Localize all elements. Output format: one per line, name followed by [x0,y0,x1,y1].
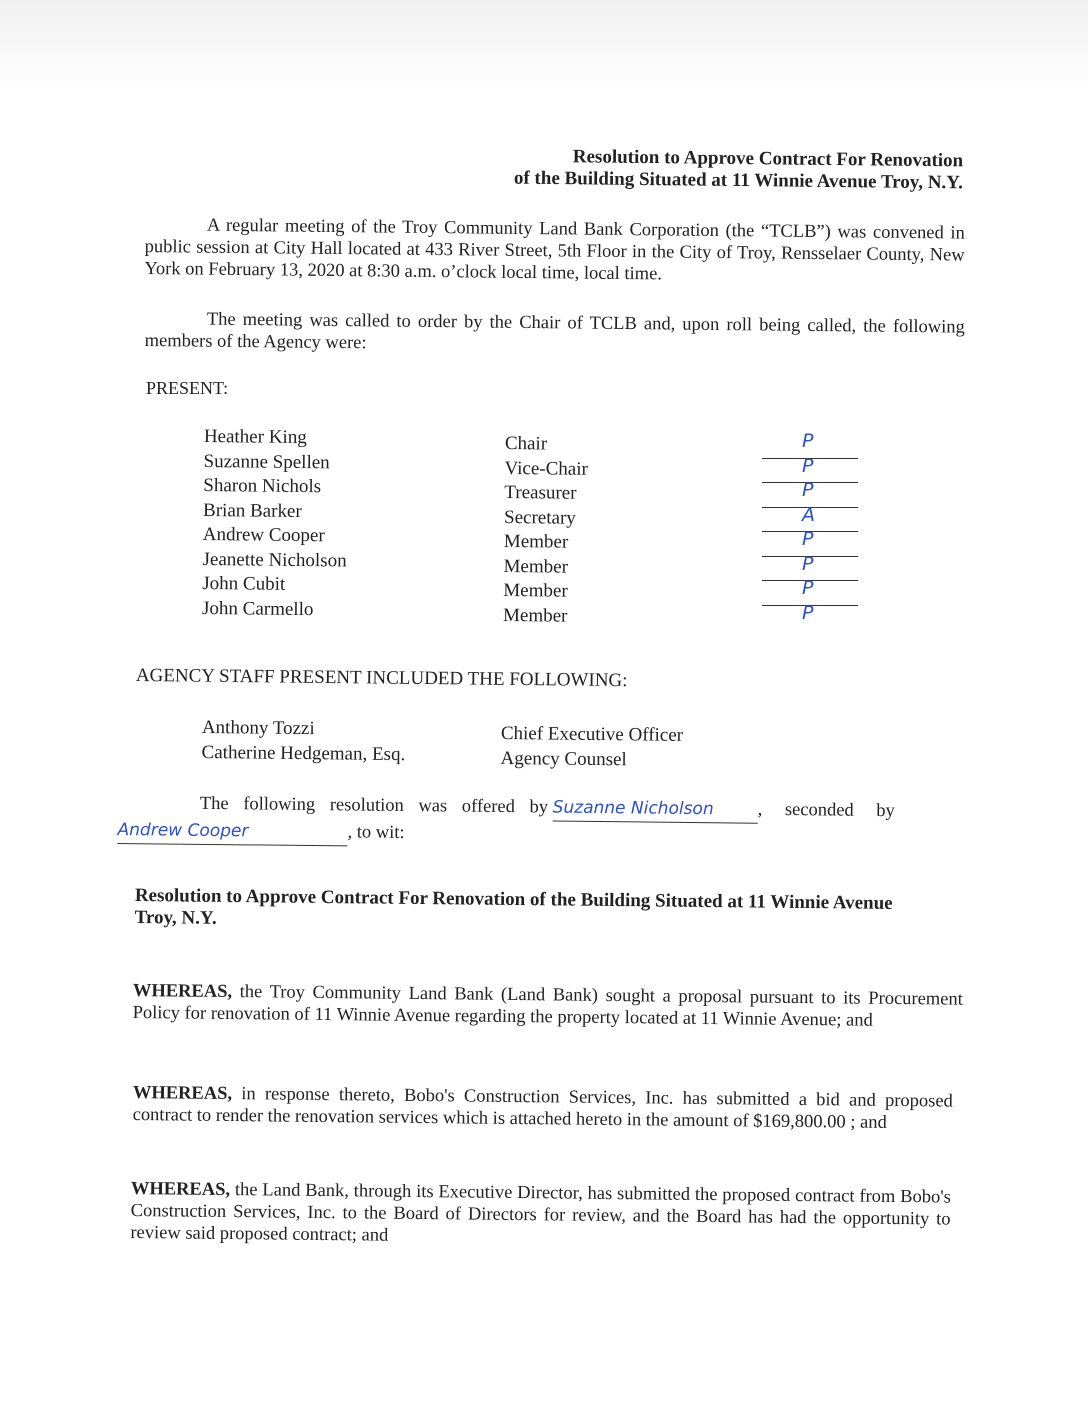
member-name: Sharon Nichols [203,474,347,500]
whereas-lead: WHEREAS, [131,1179,230,1200]
attendance-mark: P [802,430,813,452]
attendance-row: P [762,530,858,555]
title-line-2: of the Building Situated at 11 Winnie Av… [514,168,963,195]
motion-suffix: , to wit: [347,822,404,843]
scan-edge [0,0,1088,90]
whereas-3: WHEREAS, the Land Bank, through its Exec… [130,1178,951,1253]
attendance-row: P [762,579,858,604]
whereas-text: the Land Bank, through its Executive Dir… [130,1180,951,1246]
staff-name: Catherine Hedgeman, Esq. [201,740,405,767]
member-role: Secretary [504,505,588,530]
member-role: Member [503,603,587,628]
motion-prefix: The following resolution was offered by [200,794,548,818]
roll-call-paragraph: The meeting was called to order by the C… [145,308,965,361]
member-role: Chair [505,432,589,457]
member-role: Member [503,579,587,604]
motion-middle: , seconded by [758,800,895,821]
whereas-2: WHEREAS, in response thereto, Bobo's Con… [133,1082,953,1135]
attendance-mark: P [802,577,813,599]
whereas-text: the Troy Community Land Bank (Land Bank)… [133,982,963,1031]
member-role: Member [504,530,588,555]
attendance-row: P [762,555,858,580]
attendance-marks: PPPAPPPP [762,432,858,628]
staff-role: Chief Executive Officer [501,722,683,748]
attendance-mark: P [802,455,813,477]
attendance-mark: A [802,504,815,526]
whereas-lead: WHEREAS, [133,981,232,1002]
whereas-1: WHEREAS, the Troy Community Land Bank (L… [133,980,963,1033]
whereas-text: in response thereto, Bobo's Construction… [133,1084,953,1133]
staff-name: Anthony Tozzi [202,716,406,743]
seconded-by-signature: Andrew Cooper [117,820,248,841]
present-label: PRESENT: [146,378,228,399]
intro-paragraph: A regular meeting of the Troy Community … [144,214,965,289]
member-name: Jeanette Nicholson [202,547,346,573]
attendance-row: P [762,604,858,629]
resolution-heading: Resolution to Approve Contract For Renov… [135,885,915,937]
member-name: John Cubit [202,572,346,598]
member-name: Suzanne Spellen [203,449,347,475]
member-name: Heather King [204,425,348,451]
offered-by-signature: Suzanne Nicholson [553,798,714,820]
member-role: Member [503,554,587,579]
attendance-mark: P [802,479,813,501]
whereas-lead: WHEREAS, [133,1083,232,1104]
member-name: Andrew Cooper [203,523,347,549]
attendance-mark: P [802,528,813,550]
attendance-row: P [762,432,858,457]
attendance-mark: P [802,602,813,624]
document-title: Resolution to Approve Contract For Renov… [514,146,964,195]
attendance-row: A [762,506,858,531]
member-roles: ChairVice-ChairTreasurerSecretaryMemberM… [503,432,588,629]
staff-names: Anthony Tozzi Catherine Hedgeman, Esq. [201,716,405,767]
member-role: Vice-Chair [504,456,588,481]
member-name: John Carmello [202,596,346,622]
attendance-row: P [762,481,858,506]
member-names: Heather KingSuzanne SpellenSharon Nichol… [202,425,348,622]
attendance-row: P [762,457,858,482]
staff-roles: Chief Executive Officer Agency Counsel [500,722,683,773]
staff-role: Agency Counsel [500,746,682,772]
member-role: Treasurer [504,481,588,506]
attendance-mark: P [802,553,813,575]
motion-paragraph: The following resolution was offered by … [117,790,948,853]
member-name: Brian Barker [203,498,347,524]
staff-label: AGENCY STAFF PRESENT INCLUDED THE FOLLOW… [136,665,628,692]
